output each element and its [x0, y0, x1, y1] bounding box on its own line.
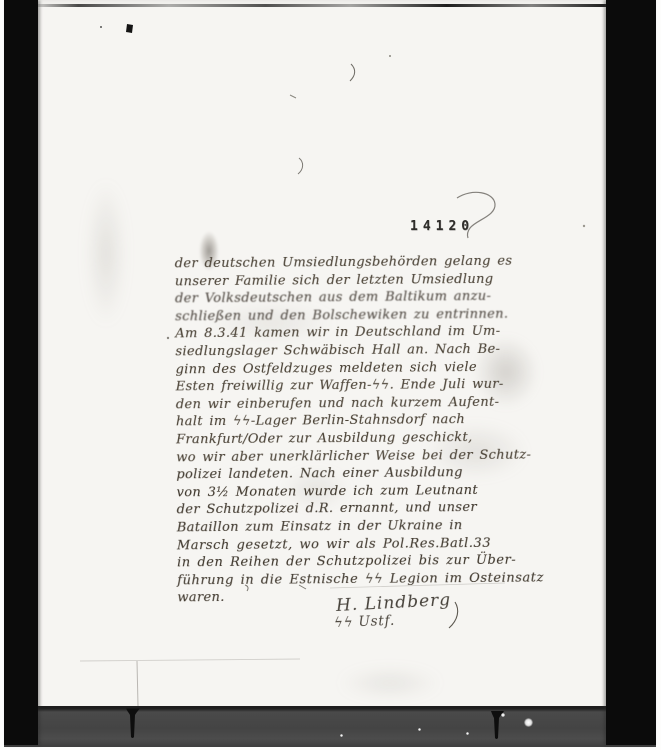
handwritten-line: führung in die Estnische ϟϟ Legion im Os…: [177, 569, 521, 589]
handwritten-line: schließen und den Bolschewiken zu entrin…: [175, 305, 519, 325]
photo-top-edge: [36, 4, 640, 7]
handwritten-line: den wir einberufen und nach kurzem Aufen…: [176, 393, 520, 413]
signature-rank: ϟϟ Ustf.: [334, 613, 396, 631]
archive-stamp-number: 14120: [410, 219, 474, 234]
strip-details: [4, 706, 656, 747]
handwritten-line: Frankfurt/Oder zur Ausbildung geschickt,: [176, 429, 520, 449]
handwritten-line: in den Reihen der Schutzpolizei bis zur …: [177, 552, 521, 572]
strip-top-edge: [4, 706, 656, 709]
mounting-pin-left: [126, 708, 140, 738]
bright-speck: [524, 718, 533, 727]
scanned-letter-photograph: 14120 der deutschen Umsiedlungsbehörden …: [0, 0, 661, 750]
handwritten-line: wo wir aber unerklärlicher Weise bei der…: [176, 446, 520, 466]
handwritten-text-block: der deutschen Umsiedlungsbehörden gelang…: [175, 253, 522, 608]
handwritten-line: der deutschen Umsiedlungsbehörden gelang…: [175, 253, 519, 273]
bright-speck: [418, 728, 421, 731]
handwritten-line: der Schutzpolizei d.R. ernannt, und unse…: [177, 499, 521, 519]
film-edge-left: [4, 0, 38, 745]
bright-speck: [501, 713, 505, 717]
handwritten-line: siedlungslager Schwäbisch Hall an. Nach …: [175, 341, 519, 361]
bright-speck: [340, 734, 343, 737]
bright-speck: [466, 732, 469, 735]
scanner-bed-strip: [4, 706, 656, 747]
film-edge-right: [606, 0, 656, 745]
